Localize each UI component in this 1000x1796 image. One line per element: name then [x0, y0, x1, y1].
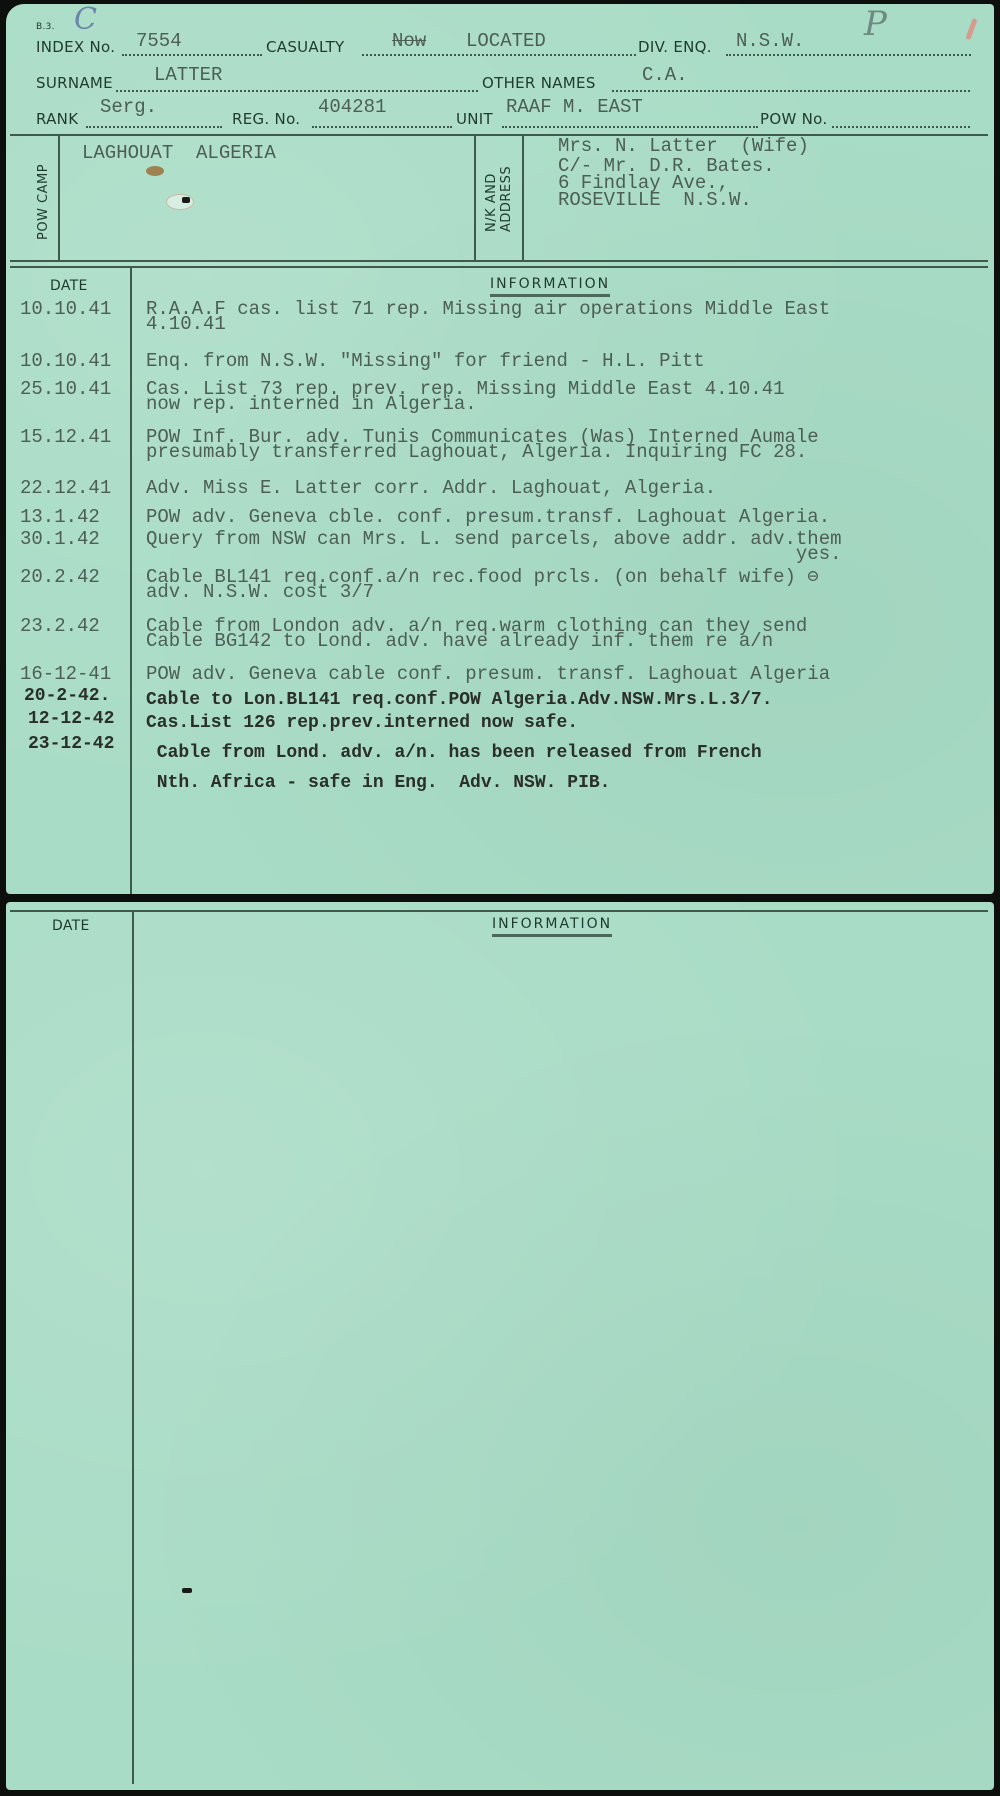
entry-date: 25.10.41 [20, 378, 132, 400]
pow-camp-label: POW CAMP [36, 164, 51, 240]
divider-nok-left [474, 136, 476, 260]
entry-text: Enq. from N.S.W. "Missing" for friend - … [146, 354, 705, 369]
entry-date: 23-12-42 [28, 734, 140, 754]
entry-text: Adv. Miss E. Latter corr. Addr. Laghouat… [146, 481, 716, 496]
surname-label: SURNAME [36, 74, 113, 92]
pow-no-line [832, 126, 970, 128]
pow-no-label: POW No. [760, 110, 827, 128]
nok-line-1: Mrs. N. Latter (Wife) [558, 138, 809, 155]
divider-double-2 [10, 266, 988, 268]
div-enq-line [726, 54, 971, 56]
date-column-divider-back [132, 912, 134, 1784]
ink-speck [182, 1588, 192, 1593]
date-header: DATE [50, 278, 88, 294]
handwritten-mark-p: P [864, 4, 887, 44]
entry-date: 30.1.42 [20, 528, 132, 550]
div-enq-value: N.S.W. [736, 30, 804, 52]
nok-label-line1: N/K AND [484, 173, 499, 232]
pow-camp-value: LAGHOUAT ALGERIA [82, 142, 276, 164]
nok-line-4: ROSEVILLE N.S.W. [558, 189, 752, 211]
entry-date: 20-2-42. [24, 686, 136, 706]
entry-date: 16-12-41 [20, 663, 132, 685]
entry-text: POW adv. Geneva cable conf. presum. tran… [146, 667, 830, 682]
entry-date: 13.1.42 [20, 506, 132, 528]
surname-line [116, 90, 478, 92]
record-card-back: DATE INFORMATION [6, 902, 994, 1790]
reg-no-value: 404281 [318, 96, 386, 118]
entry-text: Cable to Lon.BL141 req.conf.POW Algeria.… [146, 690, 773, 710]
divider-top-box [10, 134, 988, 136]
entry-text: Cable from Lond. adv. a/n. has been rele… [146, 738, 762, 798]
paper-damage-mark [166, 194, 194, 210]
information-header: INFORMATION [490, 276, 610, 297]
entry-date: 10.10.41 [20, 350, 132, 372]
stain-mark [146, 166, 164, 176]
form-code: B.3. [36, 22, 55, 32]
entry-text: Cable from London adv. a/n req.warm clot… [146, 619, 807, 649]
rank-label: RANK [36, 110, 78, 128]
entry-text: Cas.List 126 rep.prev.interned now safe. [146, 713, 578, 733]
entry-text: POW Inf. Bur. adv. Tunis Communicates (W… [146, 430, 819, 460]
handwritten-mark-c: C [74, 2, 97, 37]
entry-date: 15.12.41 [20, 426, 132, 448]
index-no-value: 7554 [136, 30, 182, 52]
unit-label: UNIT [456, 110, 493, 128]
entry-text: POW adv. Geneva cble. conf. presum.trans… [146, 510, 830, 525]
casualty-struck-value: Now [392, 30, 426, 52]
entry-text: Cas. List 73 rep. prev. rep. Missing Mid… [146, 382, 785, 412]
rank-value: Serg. [100, 96, 157, 118]
other-names-value: C.A. [642, 64, 688, 86]
other-names-label: OTHER NAMES [482, 74, 596, 92]
divider-top-back [10, 910, 988, 912]
casualty-line [362, 54, 636, 56]
casualty-value: LOCATED [466, 30, 546, 52]
entry-text: Cable BL141 req.conf.a/n rec.food prcls.… [146, 570, 819, 600]
entry-date: 22.12.41 [20, 477, 132, 499]
unit-value: RAAF M. EAST [506, 96, 643, 118]
entry-date: 10.10.41 [20, 298, 132, 320]
red-pencil-mark [965, 18, 977, 40]
reg-no-line [312, 126, 452, 128]
unit-line [502, 126, 758, 128]
casualty-label: CASUALTY [266, 38, 345, 56]
divider-double-1 [10, 260, 988, 262]
entry-text: R.A.A.F cas. list 71 rep. Missing air op… [146, 302, 830, 332]
entry-text: Query from NSW can Mrs. L. send parcels,… [146, 532, 842, 562]
surname-value: LATTER [154, 64, 222, 86]
date-header-back: DATE [52, 918, 90, 934]
index-no-line [122, 54, 262, 56]
entry-date: 12-12-42 [28, 709, 140, 729]
information-header-back: INFORMATION [492, 916, 612, 937]
entry-date: 23.2.42 [20, 615, 132, 637]
index-no-label: INDEX No. [36, 38, 115, 56]
divider-nok-label [522, 136, 524, 260]
entry-date: 20.2.42 [20, 566, 132, 588]
paper-hole [182, 197, 190, 203]
rank-line [86, 126, 222, 128]
other-names-line [612, 90, 970, 92]
divider-pow-camp-label [58, 136, 60, 260]
div-enq-label: DIV. ENQ. [638, 38, 712, 56]
nok-label-line2: ADDRESS [499, 166, 514, 232]
record-card-front: C P B.3. INDEX No. 7554 CASUALTY Now LOC… [6, 4, 994, 894]
reg-no-label: REG. No. [232, 110, 300, 128]
